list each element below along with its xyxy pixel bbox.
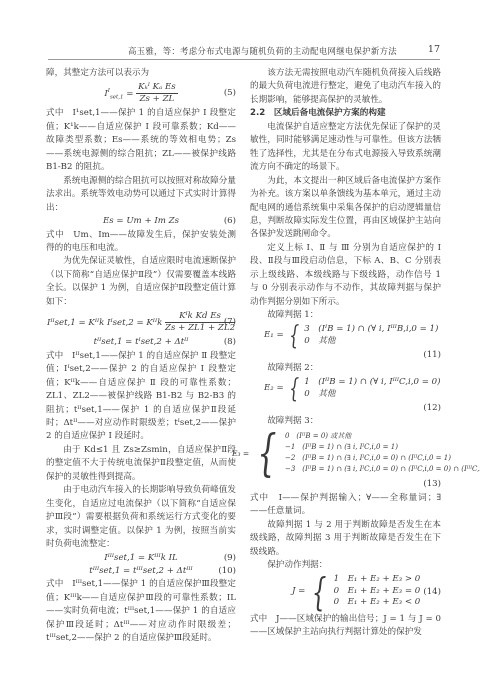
running-title: 高玉雅，等：考虑分布式电源与随机负荷的主动配电网继电保护新方法: [128, 45, 397, 57]
equation-13: E₃ = { 0 (IᴵᴵB = 0) 或其他 −1 (IᴵᴵB = 1) ∩ …: [232, 428, 441, 478]
equation-number: (9): [224, 552, 236, 565]
paragraph: 障，其整定方法可以表示为: [46, 67, 236, 80]
equation-number: (7): [224, 316, 236, 329]
paragraph: 该方法无需按照电动汽车随机负荷接入后线路的最大负荷电流进行整定，避免了电动汽车接…: [250, 67, 441, 107]
paragraph: 为优先保证灵敏性，自适应限时电流速断保护（以下简称“自适应保护Ⅱ段”）仅需要覆盖…: [46, 255, 236, 309]
eq5-fraction: Kₖᴵ Kₐ Es Zs + ZL: [136, 82, 177, 105]
paragraph: 式中 I——保护判据输入；∀——全称量词；∃——任意量词。: [250, 492, 441, 519]
equation-number: (8): [224, 336, 236, 349]
equation-5: IIset,1 = Kₖᴵ Kₐ Es Zs + ZL (5): [46, 80, 236, 107]
paragraph: 为此，本文提出一种区域后备电流保护方案作为补充。该方案以单条馈线为基本单元，通过…: [250, 175, 441, 242]
paragraph: 由于电动汽车接入的长期影响导致负荷峰值发生变化，自适应过电流保护（以下简称“自适…: [46, 484, 236, 551]
criterion-label: 保护动作判据：: [250, 559, 441, 572]
paragraph: 由于 Kd≤1 且 Zs≥Zsmin，自适应保护Ⅱ段的整定值不大于传统电流保护Ⅱ…: [46, 444, 236, 484]
equation-7: Iᴵᴵset,1 = Kᴵᴵk Iᴵset,2 = Kᴵᴵk Kᴵk Kd Es…: [46, 309, 236, 336]
left-column: 障，其整定方法可以表示为 IIset,1 = Kₖᴵ Kₐ Es Zs + ZL…: [46, 67, 236, 646]
equation-number: (10): [218, 565, 236, 578]
paragraph: 式中 Iᴵᴵset,1——保护 1 的自适应保护 Ⅱ 段整定值；Iᴵset,2—…: [46, 350, 236, 444]
equation-9: Iᴵᴵᴵset,1 = Kᴵᴵᴵk IL (9): [46, 552, 236, 565]
equation-number: (12): [250, 402, 441, 415]
brace: {: [289, 376, 299, 402]
paragraph: 故障判据 1 与 2 用于判断故障是否发生在本级线路，故障判据 3 用于判断故障…: [250, 519, 441, 559]
equation-6: Es = Um + Im Zs (6): [46, 215, 236, 228]
equation-12: E₂ = { 1 (IᴵᴵB = 1) ∩ (∀ i, IᴵᴵᴵC,i,0 = …: [250, 376, 441, 402]
equation-number: (11): [250, 349, 441, 362]
running-header: 高玉雅，等：考虑分布式电源与随机负荷的主动配电网继电保护新方法 17: [48, 42, 440, 60]
criterion-label: 故障判据 3：: [250, 415, 441, 428]
eq5-lhs: IIset,1 =: [104, 89, 136, 99]
equation-10: tᴵᴵᴵset,1 = tᴵᴵᴵset,2 + Δtᴵᴵᴵ (10): [46, 565, 236, 578]
brace: {: [289, 323, 299, 349]
section-heading: 2.2 区域后备电流保护方案的构建: [250, 107, 441, 120]
paragraph: 系统电源侧的综合阻抗可以按照对称故障分量法求出。系统等效电动势可以通过下式实时计…: [46, 175, 236, 215]
paragraph: 式中 J——区域保护的输出信号；J = 1 与 J = 0——区域保护主站向执行…: [250, 613, 441, 640]
brace: {: [258, 428, 277, 478]
eq7-lhs: Iᴵᴵset,1 = Kᴵᴵk Iᴵset,2 = Kᴵᴵk: [47, 318, 162, 328]
equation-14: J = { 1 E₁ + E₂ + E₃ > 0 0 E₁ + E₂ + E₃ …: [250, 573, 441, 613]
equation-11: E₁ = { 3 (IᴵB = 1) ∩ (∀ i, IᴵᴵᴵB,i,0 = 1…: [250, 323, 441, 349]
equation-number: (13): [250, 478, 441, 491]
criterion-label: 故障判据 2：: [250, 362, 441, 375]
equation-8: tᴵᴵset,1 = tᴵset,2 + Δtᴵᴵ (8): [46, 336, 236, 349]
paragraph: 式中 Um、Im——故障发生后，保护安装处测得的的电压和电流。: [46, 229, 236, 256]
page-number: 17: [428, 44, 440, 55]
brace: {: [312, 573, 327, 611]
paragraph: 定义上标 Ⅰ、Ⅱ 与 Ⅲ 分别为自适应保护的 Ⅰ 段、Ⅱ段与Ⅲ段启动信息，下标 …: [250, 242, 441, 309]
criterion-label: 故障判据 1：: [250, 309, 441, 322]
right-column: 该方法无需按照电动汽车随机负荷接入后线路的最大负荷电流进行整定，避免了电动汽车接…: [250, 67, 441, 640]
paragraph: 式中 Iᴵᴵᴵset,1——保护 1 的自适应保护Ⅲ段整定值；Kᴵᴵᴵk——自适…: [46, 578, 236, 645]
paragraph: 式中 I¹set,1——保护 1 的自适应保护 Ⅰ 段整定值；K¹k——自适应保…: [46, 107, 236, 174]
equation-number: (14): [423, 586, 441, 599]
equation-number: (6): [224, 215, 236, 228]
equation-number: (5): [224, 87, 236, 100]
paragraph: 电流保护自适应整定方法优先保证了保护的灵敏性，同时能够满足速动性与可靠性。但该方…: [250, 121, 441, 175]
